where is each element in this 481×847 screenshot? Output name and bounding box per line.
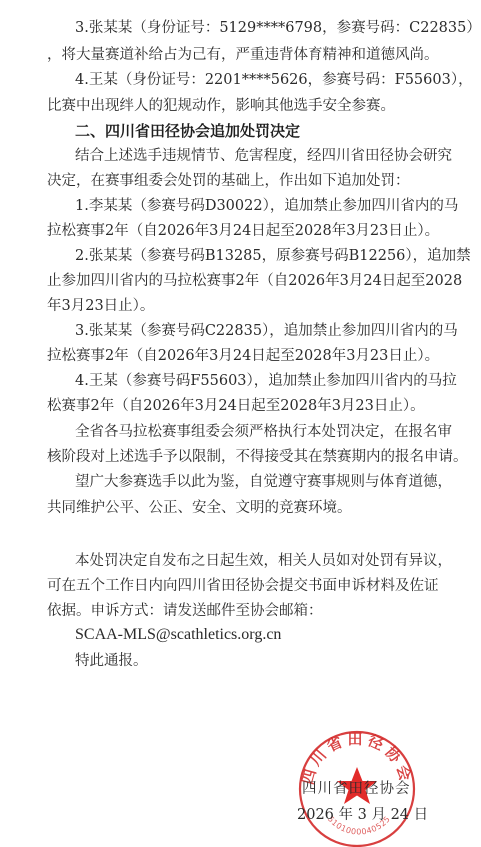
document-page: 3.张某某（身份证号：5129****6798，参赛号码：C22835） ，将大… [0,0,481,847]
effective-notice-line-2: 可在五个工作日内向四川省田径协会提交书面申诉材料及佐证 [47,576,437,596]
penalty-item-2-line-3: 年3月23日止）。 [47,296,154,316]
appeal-email-link[interactable]: SCAA-MLS@scathletics.org.cn [75,625,281,645]
closing-remark: 特此通报。 [75,651,148,671]
signature-date: 2026 年 3 月 24 日 [297,805,428,825]
penalty-item-3-line-2: 拉松赛事2年（自2026年3月24日起至2028年3月23日止）。 [47,346,439,366]
signature-organization: 四川省田径协会 [302,779,411,799]
enforcement-line-2: 核阶段对上述选手予以限制，不得接受其在禁赛期内的报名申请。 [47,447,437,467]
penalty-item-1-line-2: 拉松赛事2年（自2026年3月24日起至2028年3月23日止）。 [47,221,439,241]
violation-item-4-line-1: 4.王某（身份证号：2201****5626，参赛号码：F55603）， [75,70,437,90]
penalty-item-2-line-1: 2.张某某（参赛号码B13285，原参赛号码B12256），追加禁 [75,246,437,266]
penalty-item-2-line-2: 止参加四川省内的马拉松赛事2年（自2026年3月24日起至2028 [47,271,437,291]
violation-item-3-line-2: ，将大量赛道补给占为己有，严重违背体育精神和道德风尚。 [47,45,437,65]
appeal-to-athletes-line-1: 望广大参赛选手以此为鉴，自觉遵守赛事规则与体育道德， [75,472,437,492]
violation-item-4-line-2: 比赛中出现绊人的犯规动作，影响其他选手安全参赛。 [47,96,395,116]
appeal-to-athletes-line-2: 共同维护公平、公正、安全、文明的竞赛环境。 [47,498,352,518]
section-heading: 二、四川省田径协会追加处罚决定 [75,121,300,141]
effective-notice-line-1: 本处罚决定自发布之日起生效，相关人员如对处罚有异议， [75,551,437,571]
effective-notice-line-3: 依据。申诉方式：请发送邮件至协会邮箱： [47,601,323,621]
penalty-item-1-line-1: 1.李某某（参赛号码D30022），追加禁止参加四川省内的马 [75,196,437,216]
enforcement-line-1: 全省各马拉松赛事组委会须严格执行本处罚决定，在报名审 [75,422,437,442]
decision-intro-line-2: 决定，在赛事组委会处罚的基础上，作出如下追加处罚： [47,171,410,191]
violation-item-3-line-1: 3.张某某（身份证号：5129****6798，参赛号码：C22835） [75,18,437,38]
decision-intro-line-1: 结合上述选手违规情节、危害程度，经四川省田径协会研究 [75,146,437,166]
penalty-item-4-line-2: 松赛事2年（自2026年3月24日起至2028年3月23日止）。 [47,396,425,416]
penalty-item-4-line-1: 4.王某（参赛号码F55603），追加禁止参加四川省内的马拉 [75,371,437,391]
penalty-item-3-line-1: 3.张某某（参赛号码C22835），追加禁止参加四川省内的马 [75,321,437,341]
